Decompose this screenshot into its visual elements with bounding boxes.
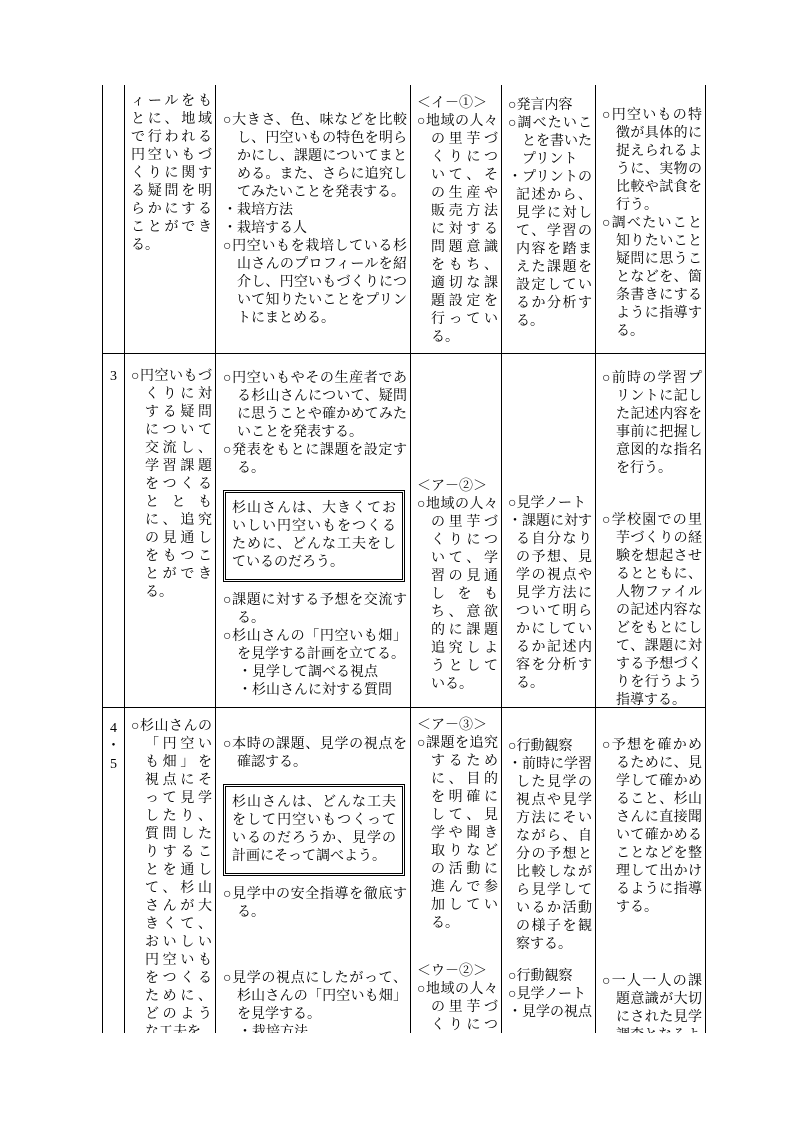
criteria-text: ○地域の人々の里芋づくりについて、その生産や販売方法に対する問題意識をもち、適切…	[417, 113, 498, 347]
activity-item: ○見学中の安全指導を徹底する。	[223, 886, 407, 922]
bullet-item: ・杉山さんに対する質問	[223, 682, 407, 700]
activity-item: ○円空いもを栽培している杉山さんのプロフィールを紹介し、円空いもづくりについて知…	[223, 238, 407, 328]
criteria-tag: ＜ア－③＞	[417, 717, 498, 735]
guidance-cell-row1: ○円空いもの特徴が具体的に捉えられるように、実物の比較や試食を行う。 ○調べたい…	[596, 85, 706, 354]
activity-item: ○杉山さんの「円空いも畑」を見学する計画を立てる。	[223, 628, 407, 664]
criteria-cell-row1: ＜イ－①＞ ○地域の人々の里芋づくりについて、その生産や販売方法に対する問題意識…	[411, 85, 502, 354]
objective-cell-row3: ○杉山さんの「円空いも畑」を視点にそって見学したり、質問したりすることを通して、…	[125, 708, 216, 1033]
bullet-item: ・見学して調べる視点	[223, 664, 407, 682]
activity-item: ○発表をもとに課題を設定する。	[223, 442, 407, 478]
bullet-item: ・栽培方法	[223, 202, 407, 220]
method-note: ・課題に対する自分なりの予想、見学の視点や見学方法について明らかにしているか記述…	[508, 513, 592, 693]
bullet-item: ・栽培方法	[223, 1024, 407, 1033]
objective-cell-row2: ○円空いもづくりに対する疑問について交流し、学習課題をつくるとともに、追究の見通…	[125, 354, 216, 708]
activity-item: ○円空いもやその生産者である杉山さんについて、疑問に思うことや確かめてみたいこと…	[223, 370, 407, 442]
objective-text: ィールをもとに、地域で行われる円空いもづくりに関する疑問を明らかにすることができ…	[131, 93, 212, 255]
objective-cell-row1: ィールをもとに、地域で行われる円空いもづくりに関する疑問を明らかにすることができ…	[125, 85, 216, 354]
period-cell-row2: 3	[103, 354, 125, 708]
method-note: ・前時に学習した見学の視点や見学方法にそいながら、自分の予想と比較しながら見学し…	[508, 756, 592, 954]
method-item: ○行動観察	[508, 738, 592, 756]
lesson-plan-table: ィールをもとに、地域で行われる円空いもづくりに関する疑問を明らかにすることができ…	[102, 85, 706, 1033]
method-item: ○発言内容	[508, 97, 592, 115]
criteria-tag: ＜ウ－②＞	[417, 963, 498, 981]
activity-item: ○本時の課題、見学の視点を確認する。	[223, 736, 407, 772]
activity-item: ○大きさ、色、味などを比較し、円空いもの特色を明らかにし、課題についてまとめる。…	[223, 112, 407, 202]
criteria-cell-row2: ＜ア－②＞ ○地域の人々の里芋づくりについて、学習の見通しをもち、意欲的に課題追…	[411, 354, 502, 708]
criteria-cell-row3: ＜ア－③＞ ○課題を追究するために、目的を明確にして、見学や聞き取りなどの活動に…	[411, 708, 502, 1033]
guidance-cell-row2: ○前時の学習プリントに記した記述内容を事前に把握し意図的な指名を行う。 ○学校園…	[596, 354, 706, 708]
activities-cell-row3: ○本時の課題、見学の視点を確認する。 杉山さんは、どんな工夫をして円空いもつくっ…	[216, 708, 411, 1033]
learning-task-box: 杉山さんは、大きくておいしい円空いもをつくるために、どんな工夫をしているのだろう…	[223, 490, 405, 582]
bullet-item: ・栽培する人	[223, 220, 407, 238]
period-cell-row3: 4 ・ 5	[103, 708, 125, 1033]
method-note: ・プリントの記述から、見学に対して、学習の内容を踏まえた課題を設定しているか分析…	[508, 169, 592, 331]
objective-text: ○杉山さんの「円空いも畑」を視点にそって見学したり、質問したりすることを通して、…	[131, 718, 212, 1033]
guidance-item: ○一人一人の課題意識が大切にされた見学調査となるよ	[602, 973, 702, 1033]
guidance-item: ○予想を確かめるために、見学して確かめること、杉山さんに直接聞いて確かめることな…	[602, 737, 702, 917]
activities-cell-row1: ○大きさ、色、味などを比較し、円空いもの特色を明らかにし、課題についてまとめる。…	[216, 85, 411, 354]
method-item: ○調べたいことを書いたプリント	[508, 115, 592, 169]
learning-task-text: 杉山さんは、大きくておいしい円空いもをつくるために、どんな工夫をしているのだろう…	[232, 500, 396, 572]
learning-task-box: 杉山さんは、どんな工夫をして円空いもつくっているのだろうか、見学の計画にそって調…	[223, 784, 405, 876]
method-cell-row3: ○行動観察 ・前時に学習した見学の視点や見学方法にそいながら、自分の予想と比較し…	[502, 708, 596, 1033]
learning-task-text: 杉山さんは、どんな工夫をして円空いもつくっているのだろうか、見学の計画にそって調…	[232, 794, 396, 866]
method-item: ○見学ノート	[508, 986, 592, 1004]
criteria-text: ○課題を追究するために、目的を明確にして、見学や聞き取りなどの活動に進んで参加し…	[417, 735, 498, 933]
objective-text: ○円空いもづくりに対する疑問について交流し、学習課題をつくるとともに、追究の見通…	[131, 368, 212, 602]
guidance-cell-row3: ○予想を確かめるために、見学して確かめること、杉山さんに直接聞いて確かめることな…	[596, 708, 706, 1033]
method-cell-row1: ○発言内容 ○調べたいことを書いたプリント ・プリントの記述から、見学に対して、…	[502, 85, 596, 354]
criteria-text: ○地域の人々の里芋づくりについて、学習の見通しをもち、意欲的に課題追究しようとし…	[417, 496, 498, 694]
method-item: ○見学ノート	[508, 495, 592, 513]
activity-item: ○見学の視点にしたがって、杉山さんの「円空いも畑」を見学する。	[223, 970, 407, 1024]
activities-cell-row2: ○円空いもやその生産者である杉山さんについて、疑問に思うことや確かめてみたいこと…	[216, 354, 411, 708]
criteria-text: ○地域の人々の里芋づくりについて、	[417, 981, 498, 1033]
period-cell-row1	[103, 85, 125, 354]
guidance-item: ○円空いもの特徴が具体的に捉えられるように、実物の比較や試食を行う。	[602, 107, 702, 215]
criteria-tag: ＜イ－①＞	[417, 95, 498, 113]
guidance-item: ○前時の学習プリントに記した記述内容を事前に把握し意図的な指名を行う。	[602, 370, 702, 478]
guidance-item: ○調べたいこと知りたいこと疑問に思うことなどを、箇条書きにするように指導する。	[602, 215, 702, 341]
method-item: ○行動観察	[508, 968, 592, 986]
lesson-plan-page: ィールをもとに、地域で行われる円空いもづくりに関する疑問を明らかにすることができ…	[0, 0, 794, 1123]
guidance-item: ○学校園での里芋づくりの経験を想起させるとともに、人物ファイルの記述内容などをも…	[602, 512, 702, 708]
criteria-tag: ＜ア－②＞	[417, 478, 498, 496]
activity-item: ○課題に対する予想を交流する。	[223, 592, 407, 628]
method-cell-row2: ○見学ノート ・課題に対する自分なりの予想、見学の視点や見学方法について明らかに…	[502, 354, 596, 708]
method-note: ・見学の視点	[508, 1004, 592, 1022]
